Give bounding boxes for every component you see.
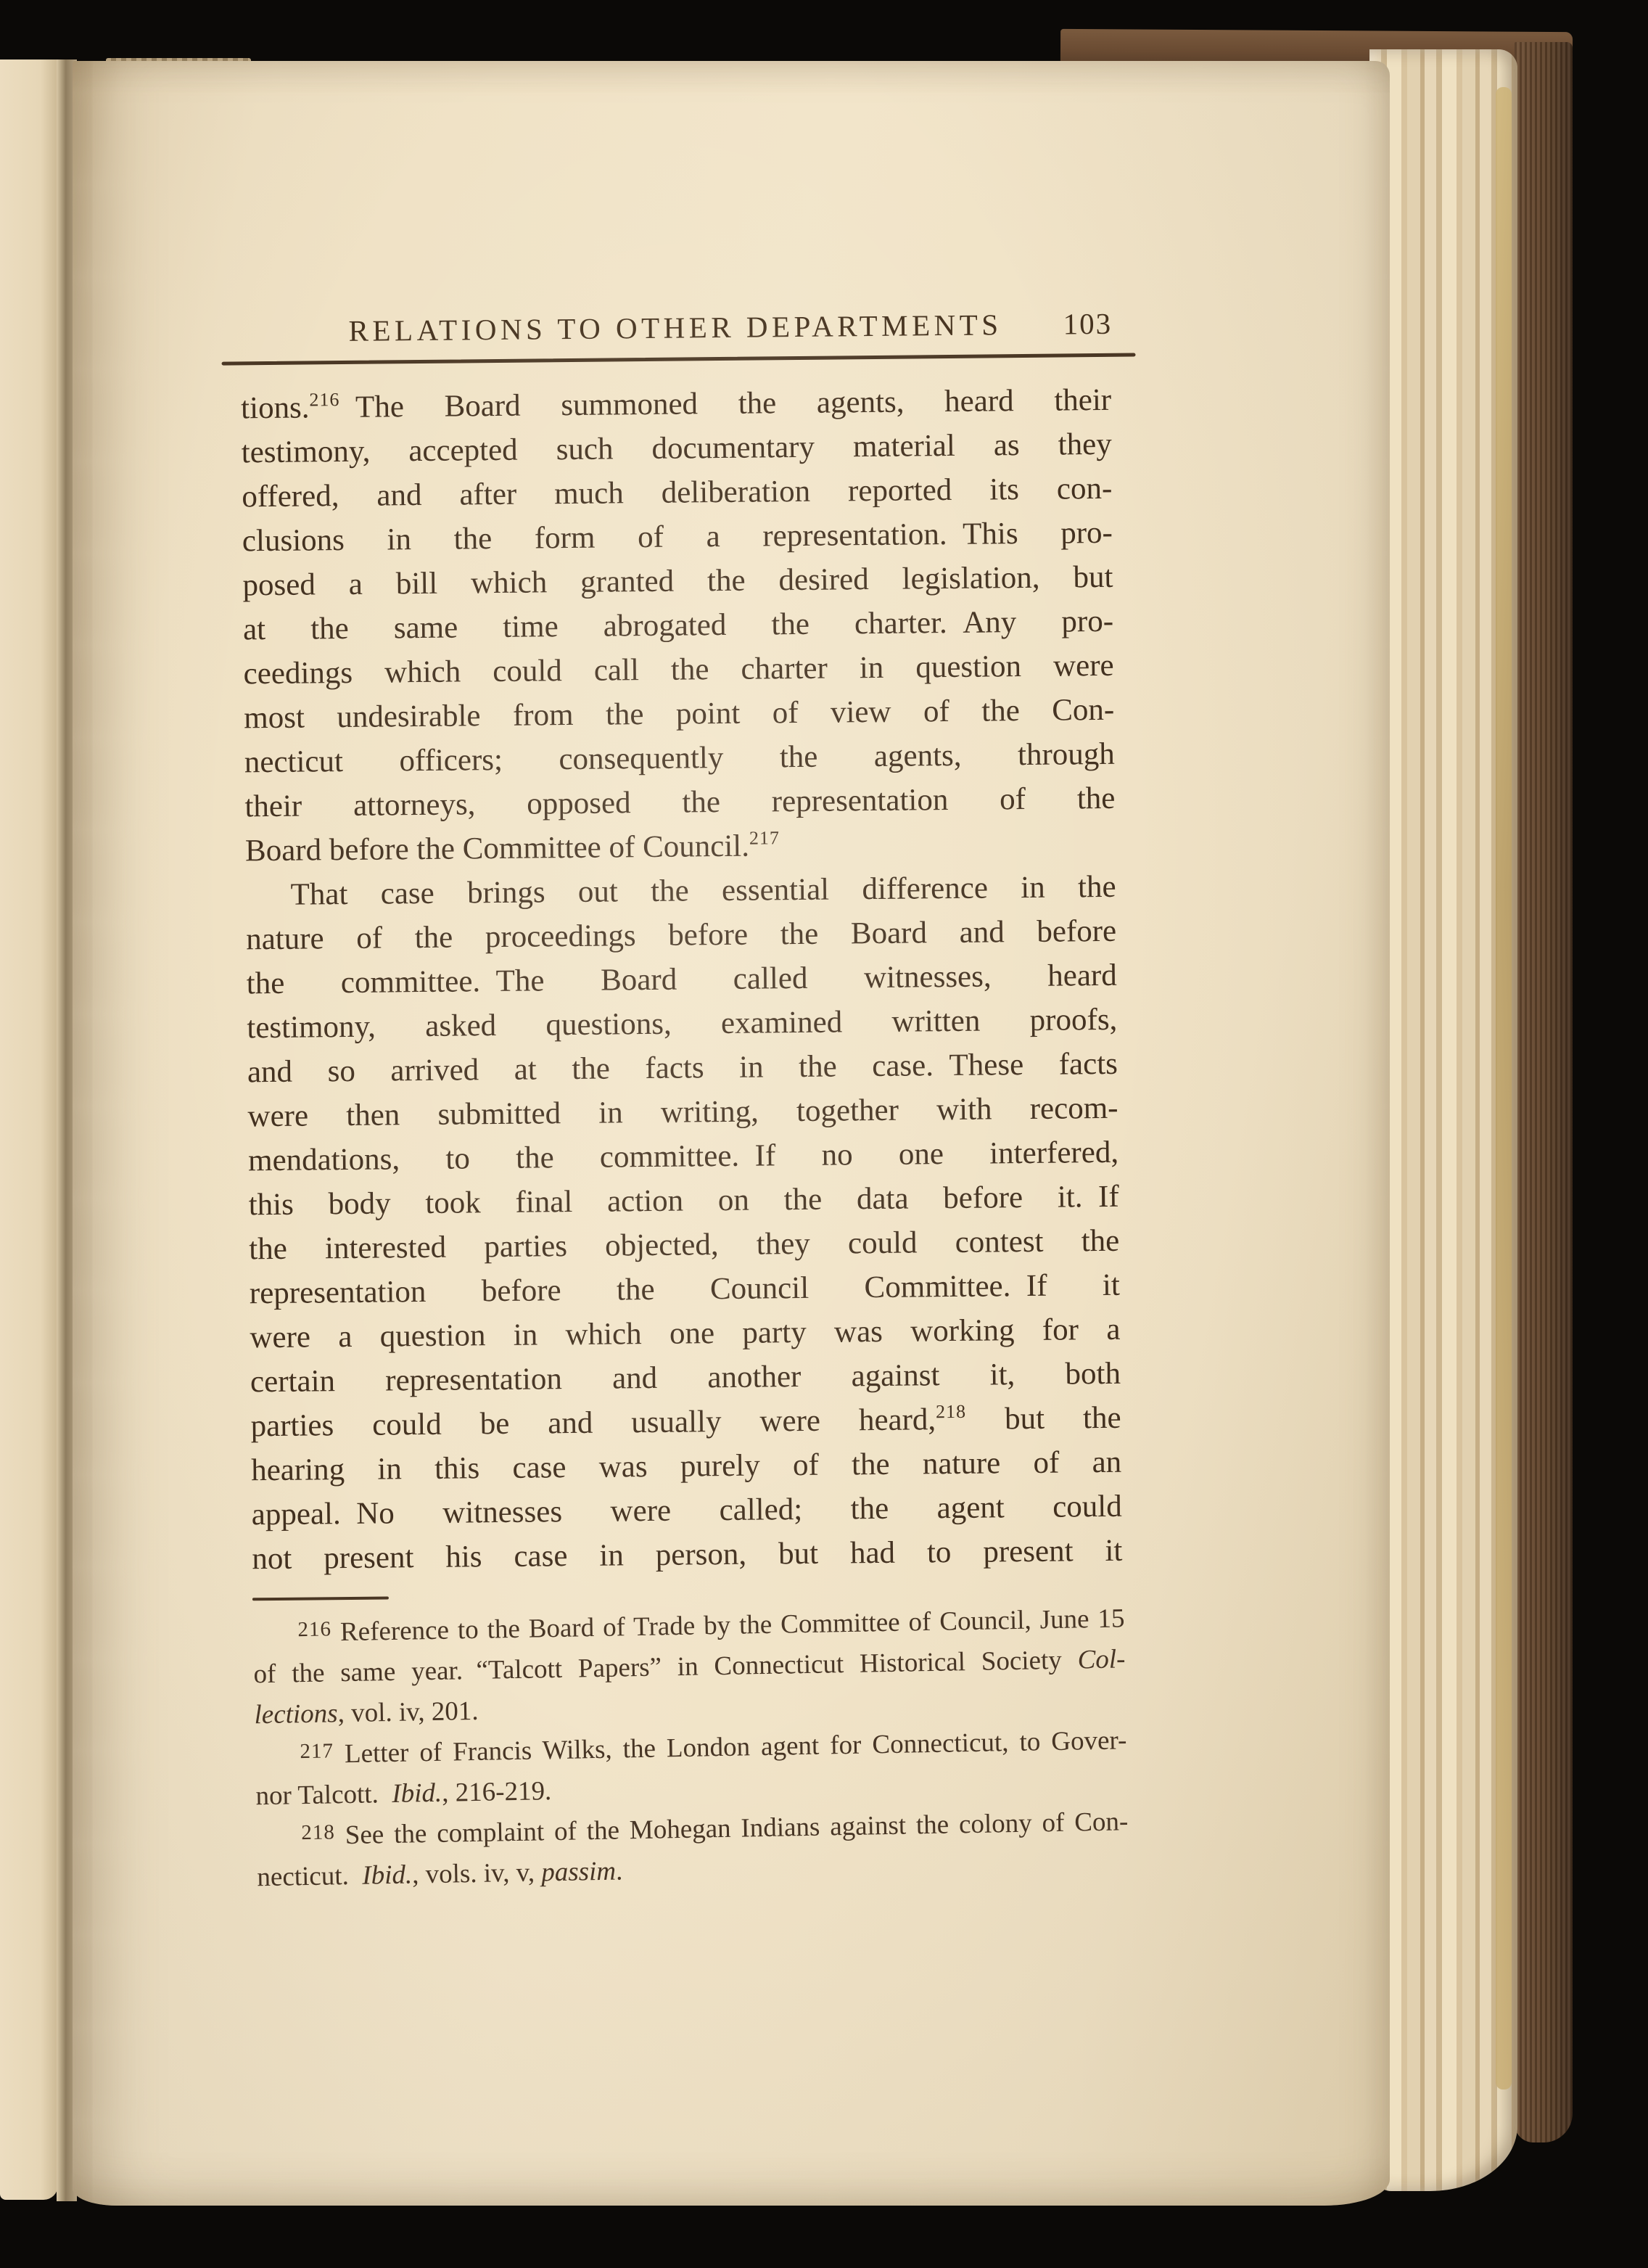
text-line: necticut officers; consequently the agen… <box>244 732 1116 785</box>
text-line: tions.216 The Board summoned the agents,… <box>241 378 1112 431</box>
body-text: tions.216 The Board summoned the agents,… <box>241 378 1123 1581</box>
text-line: certain representation and another again… <box>250 1352 1121 1405</box>
text-segment: were a question in which one party was w… <box>250 1312 1120 1355</box>
text-line: were a question in which one party was w… <box>250 1307 1121 1360</box>
text-segment: testimony, accepted such documentary mat… <box>242 427 1112 470</box>
text-segment: clusions in the form of a representation… <box>242 516 1113 559</box>
footnotes: 216 Reference to the Board of Trade by t… <box>252 1598 1129 1898</box>
text-segment: Col- <box>1077 1644 1125 1675</box>
text-segment: certain representation and another again… <box>250 1357 1121 1400</box>
text-line: at the same time abrogated the charter. … <box>243 599 1114 652</box>
text-segment: most undesirable from the point of view … <box>244 693 1114 736</box>
photo-background: RELATIONS TO OTHER DEPARTMENTS 103 tions… <box>0 0 1648 2268</box>
text-segment: necticut. <box>257 1861 363 1893</box>
text-segment: testimony, asked questions, examined wri… <box>247 1003 1117 1045</box>
text-segment: posed a bill which granted the desired l… <box>242 560 1113 603</box>
book-page: RELATIONS TO OTHER DEPARTMENTS 103 tions… <box>73 61 1390 2206</box>
text-segment: lections <box>254 1698 338 1730</box>
text-segment: of the same year. “Talcott Papers” in Co… <box>253 1645 1078 1689</box>
text-segment: nature of the proceedings before the Boa… <box>246 914 1116 957</box>
text-line: hearing in this case was purely of the n… <box>251 1440 1122 1493</box>
text-segment: Ibid. <box>392 1778 442 1809</box>
book-cover-right-edge <box>1515 42 1573 2142</box>
text-segment: the interested parties objected, they co… <box>249 1224 1119 1267</box>
text-segment: were then submitted in writing, together… <box>247 1091 1118 1134</box>
text-segment: offered, and after much deliberation rep… <box>242 472 1112 514</box>
text-line: most undesirable from the point of view … <box>244 688 1115 741</box>
text-segment: , vols. iv, v, <box>412 1857 542 1889</box>
text-segment: Letter of Francis Wilks, the London agen… <box>334 1725 1127 1769</box>
text-line: the committee. The Board called witnesse… <box>246 953 1117 1006</box>
text-segment: not present his case in person, but had … <box>252 1534 1122 1577</box>
page-stack-glue-line <box>1496 87 1512 2090</box>
footnote-ref: 218 <box>936 1401 966 1422</box>
text-line: appeal. No witnesses were called; the ag… <box>252 1484 1123 1537</box>
text-line: testimony, accepted such documentary mat… <box>241 422 1112 475</box>
header-rule <box>222 353 1136 366</box>
text-segment: ceedings which could call the charter in… <box>243 649 1113 691</box>
text-segment: , 216-219. <box>442 1776 552 1808</box>
running-header: RELATIONS TO OTHER DEPARTMENTS 103 <box>240 301 1111 355</box>
text-line: their attorneys, opposed the representat… <box>244 776 1116 829</box>
text-line: the interested parties objected, they co… <box>249 1219 1120 1272</box>
text-line: nature of the proceedings before the Boa… <box>246 909 1117 962</box>
text-line: That case brings out the essential diffe… <box>245 865 1116 918</box>
text-line: ceedings which could call the charter in… <box>243 644 1114 697</box>
text-segment: parties could be and usually were heard, <box>250 1402 936 1443</box>
paragraph-1: tions.216 The Board summoned the agents,… <box>241 378 1116 873</box>
text-line: offered, and after much deliberation rep… <box>242 467 1113 519</box>
text-line: were then submitted in writing, together… <box>247 1086 1118 1139</box>
text-segment: but the <box>966 1401 1121 1437</box>
text-line: parties could be and usually were heard,… <box>250 1396 1121 1449</box>
text-segment: the committee. The Board called witnesse… <box>247 958 1117 1001</box>
footnote-ref: 216 <box>309 389 339 410</box>
text-segment: necticut officers; consequently the agen… <box>244 737 1115 780</box>
facing-page-edge <box>0 59 58 2200</box>
paragraph-2: That case brings out the essential diffe… <box>245 865 1122 1581</box>
text-line: mendations, to the committee. If no one … <box>248 1130 1119 1183</box>
text-segment: That case brings out the essential diffe… <box>290 870 1116 912</box>
text-segment: representation before the Council Commit… <box>250 1268 1120 1311</box>
text-line: and so arrived at the facts in the case.… <box>247 1042 1118 1095</box>
footnote-217: 217 Letter of Francis Wilks, the London … <box>255 1720 1128 1817</box>
text-segment: nor Talcott. <box>255 1779 392 1811</box>
text-segment: passim <box>541 1857 617 1888</box>
text-segment: their attorneys, opposed the representat… <box>244 781 1115 824</box>
text-segment: this body took final action on the data … <box>248 1180 1118 1223</box>
text-segment: at the same time abrogated the charter. … <box>243 604 1113 647</box>
footnote-number: 218 <box>301 1820 335 1844</box>
text-segment: mendations, to the committee. If no one … <box>248 1135 1118 1178</box>
footnote-218: 218 See the complaint of the Mohegan Ind… <box>256 1801 1129 1898</box>
footnote-216: 216 Reference to the Board of Trade by t… <box>252 1598 1126 1735</box>
text-line: clusions in the form of a representation… <box>242 511 1113 564</box>
text-segment: hearing in this case was purely of the n… <box>251 1445 1121 1488</box>
text-segment: See the complaint of the Mohegan Indians… <box>335 1807 1129 1850</box>
page-title: RELATIONS TO OTHER DEPARTMENTS <box>240 301 1111 355</box>
text-line: this body took final action on the data … <box>248 1175 1119 1228</box>
footnote-number: 217 <box>300 1739 334 1763</box>
text-segment: . <box>616 1856 623 1886</box>
text-segment: tions. <box>241 390 310 425</box>
text-segment: The Board summoned the agents, heard the… <box>339 383 1111 424</box>
text-line: posed a bill which granted the desired l… <box>242 555 1113 608</box>
text-line: representation before the Council Commit… <box>250 1263 1121 1316</box>
footnote-ref: 217 <box>749 827 780 848</box>
printed-content: RELATIONS TO OTHER DEPARTMENTS 103 tions… <box>62 54 1400 2211</box>
page-number: 103 <box>1063 301 1112 347</box>
text-segment: Board before the Committee of Council. <box>245 829 749 868</box>
text-segment: and so arrived at the facts in the case.… <box>247 1047 1118 1090</box>
text-line: testimony, asked questions, examined wri… <box>247 998 1118 1051</box>
text-line: Board before the Committee of Council.21… <box>245 821 1116 874</box>
text-segment: Ibid. <box>362 1860 413 1891</box>
footnote-separator-rule <box>252 1596 389 1601</box>
footnote-number: 216 <box>297 1617 331 1641</box>
text-segment: , vol. iv, 201. <box>337 1696 479 1728</box>
text-line: not present his case in person, but had … <box>252 1529 1123 1582</box>
text-segment: appeal. No witnesses were called; the ag… <box>252 1490 1122 1532</box>
